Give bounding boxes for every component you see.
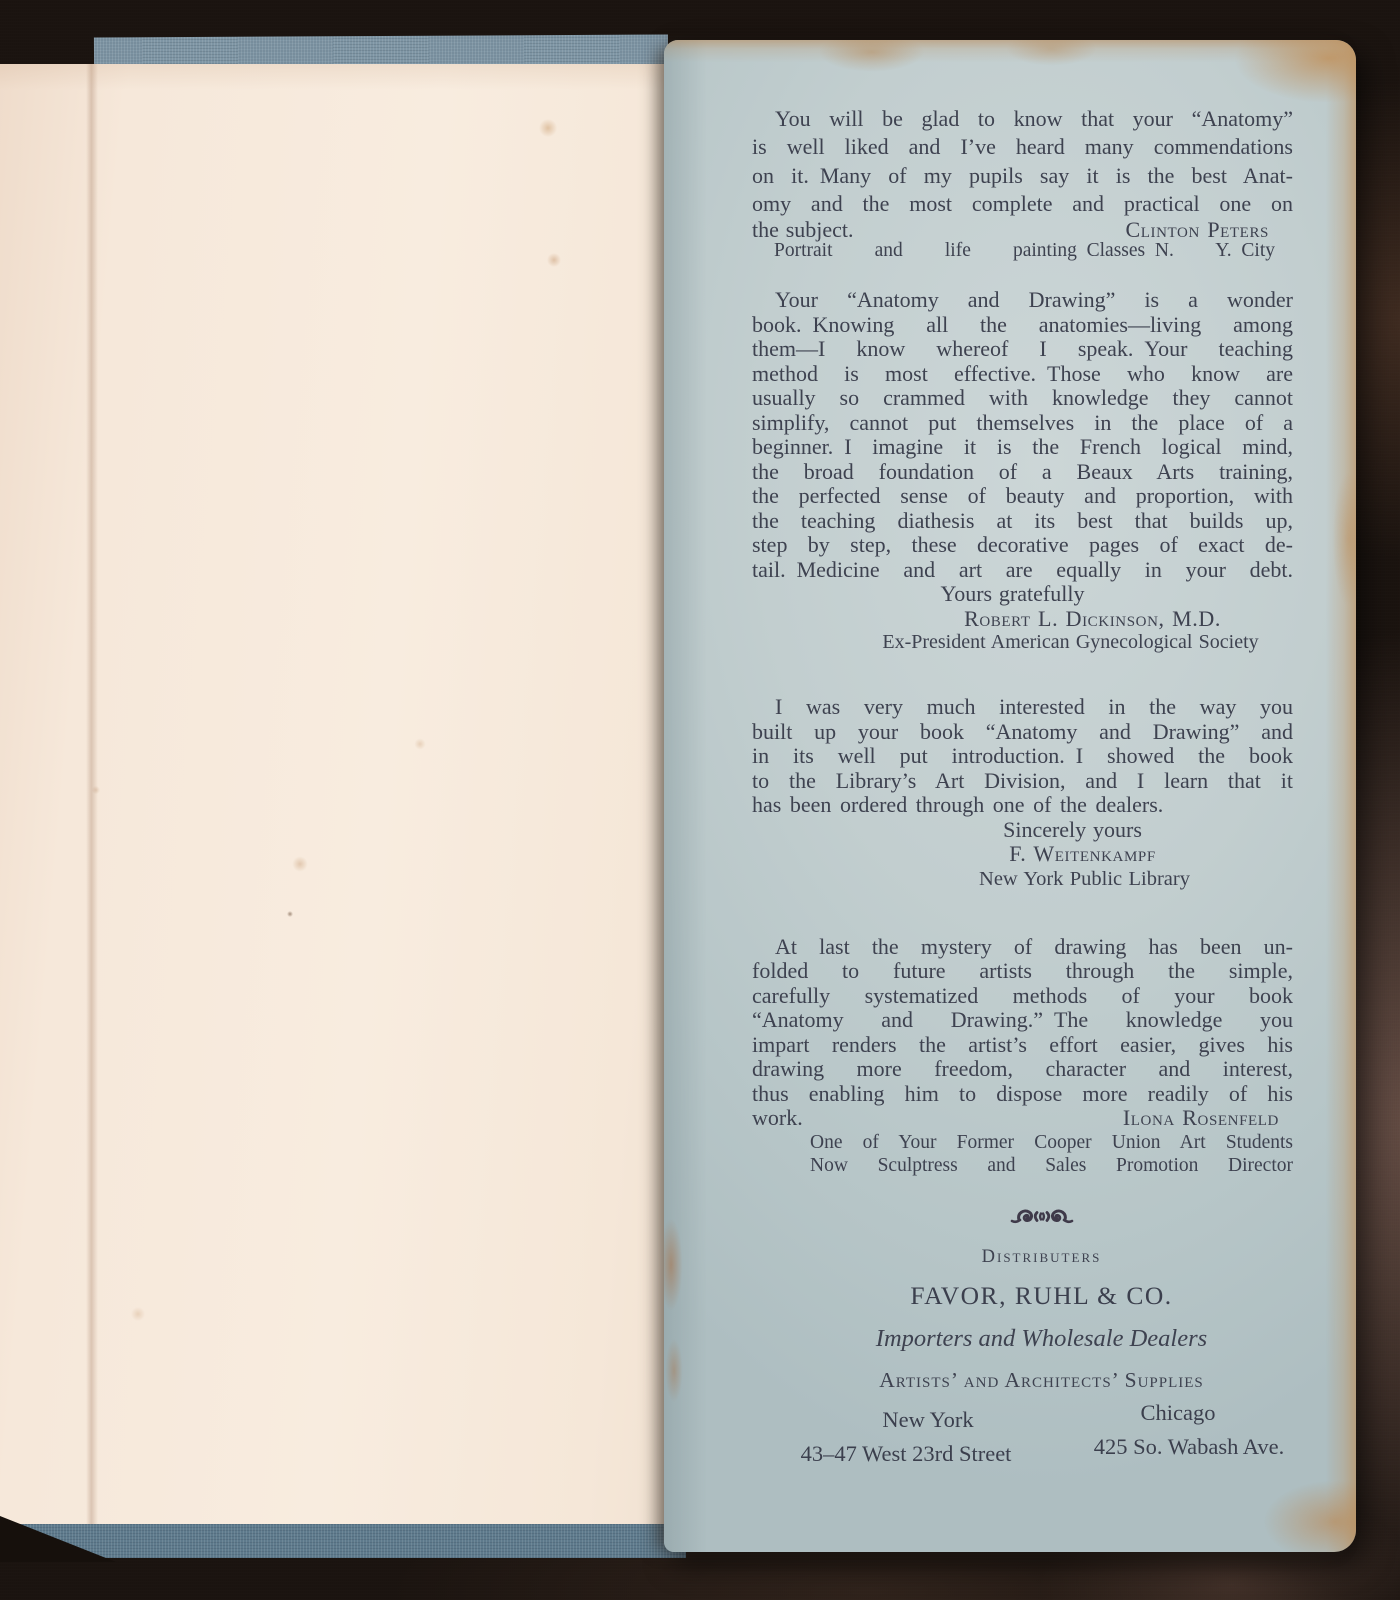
text-line: drawing more freedom, character and inte… xyxy=(752,1057,1293,1082)
right-testimonial-page: You will be glad to know that your “Anat… xyxy=(664,40,1356,1552)
cover-cloth-bottom-edge xyxy=(0,1519,686,1558)
text-run: the subject. xyxy=(752,219,854,240)
locations-block: New York Chicago 43–47 West 23rd Street … xyxy=(752,1405,1293,1489)
text-line: “Anatomy and Drawing.” The knowledge you xyxy=(752,1008,1293,1033)
text-line: Sincerely yours xyxy=(802,818,1343,843)
testimonial-weitenkampf: I was very much interested in the way yo… xyxy=(752,695,1293,891)
text-line: Ex-President American Gynecological Soci… xyxy=(800,631,1341,654)
company-name: FAVOR, RUHL & CO. xyxy=(771,1278,1312,1314)
text-line: usually so crammed with knowledge they c… xyxy=(752,386,1293,411)
text-line: to the Library’s Art Division, and I lea… xyxy=(752,769,1293,794)
ornament-row xyxy=(771,1205,1312,1227)
text-line: book. Knowing all the anatomies—living a… xyxy=(752,313,1293,338)
text-line: You will be glad to know that your “Anat… xyxy=(752,105,1293,133)
text-line: I was very much interested in the way yo… xyxy=(752,695,1293,720)
company-tagline: Importers and Wholesale Dealers xyxy=(771,1322,1312,1356)
location-address-chicago: 425 So. Wabash Ave. xyxy=(1094,1434,1284,1460)
testimonial-rosenfeld: At last the mystery of drawing has been … xyxy=(752,935,1293,1177)
text-line: impart renders the artist’s effort easie… xyxy=(752,1033,1293,1058)
left-blank-endpaper xyxy=(0,64,680,1524)
text-line: Robert L. Dickinson, M.D. xyxy=(822,607,1363,632)
text-line: Your “Anatomy and Drawing” is a wonder xyxy=(752,288,1293,313)
book-photo: You will be glad to know that your “Anat… xyxy=(0,0,1400,1600)
text-line: At last the mystery of drawing has been … xyxy=(752,935,1293,960)
text-line: in its well put introduction. I showed t… xyxy=(752,744,1293,769)
text-run: work. xyxy=(752,1106,803,1131)
text-line: F. Weitenkampf xyxy=(812,842,1353,867)
text-line: the perfected sense of beauty and propor… xyxy=(752,484,1293,509)
distributor-footer: Distributers FAVOR, RUHL & CO. Importers… xyxy=(752,1205,1293,1489)
text-column: You will be glad to know that your “Anat… xyxy=(752,105,1293,1489)
text-line: beginner. I imagine it is the French log… xyxy=(752,435,1293,460)
signature-name: Ilona Rosenfeld xyxy=(1123,1106,1293,1131)
text-line: folded to future artists through the sim… xyxy=(752,959,1293,984)
text-line: thus enabling him to dispose more readil… xyxy=(752,1082,1293,1107)
text-line: tail. Medicine and art are equally in yo… xyxy=(752,558,1293,583)
location-city-new-york: New York xyxy=(882,1407,973,1433)
distributers-heading: Distributers xyxy=(771,1244,1312,1270)
scroll-flourish-icon xyxy=(1010,1205,1074,1227)
text-line: work.Ilona Rosenfeld xyxy=(752,1106,1293,1131)
text-line: Yours gratefully xyxy=(742,582,1283,607)
text-line: is well liked and I’ve heard many commen… xyxy=(752,133,1293,161)
text-line: has been ordered through one of the deal… xyxy=(752,793,1293,818)
text-line: step by step, these decorative pages of … xyxy=(752,533,1293,558)
text-line: omy and the most complete and practical … xyxy=(752,190,1293,218)
text-line: them—I know whereof I speak. Your teachi… xyxy=(752,337,1293,362)
text-line: simplify, cannot put themselves in the p… xyxy=(752,411,1293,436)
text-line: the teaching diathesis at its best that … xyxy=(752,509,1293,534)
location-address-new-york: 43–47 West 23rd Street xyxy=(801,1441,1012,1467)
testimonial-clinton-peters: You will be glad to know that your “Anat… xyxy=(752,105,1293,262)
text-line: the subject.Clinton Peters xyxy=(752,219,1293,240)
supplies-category: Artists’ and Architects’ Supplies xyxy=(771,1365,1312,1395)
signature-name: Clinton Peters xyxy=(1125,219,1293,240)
text-line: One of Your Former Cooper Union Art Stud… xyxy=(810,1131,1293,1154)
text-line: Now Sculptress and Sales Promotion Direc… xyxy=(810,1154,1293,1177)
testimonial-paragraphs: You will be glad to know that your “Anat… xyxy=(752,105,1293,1177)
text-line: Portrait and life painting Classes N. Y.… xyxy=(774,240,1275,263)
text-line: on it. Many of my pupils say it is the b… xyxy=(752,162,1293,190)
location-city-chicago: Chicago xyxy=(1141,1400,1216,1426)
text-line: New York Public Library xyxy=(814,867,1355,891)
text-line: the broad foundation of a Beaux Arts tra… xyxy=(752,460,1293,485)
text-line: built up your book “Anatomy and Drawing”… xyxy=(752,720,1293,745)
testimonial-robert-dickinson: Your “Anatomy and Drawing” is a wonderbo… xyxy=(752,288,1293,654)
text-line: method is most effective. Those who know… xyxy=(752,362,1293,387)
text-line: carefully systematized methods of your b… xyxy=(752,984,1293,1009)
